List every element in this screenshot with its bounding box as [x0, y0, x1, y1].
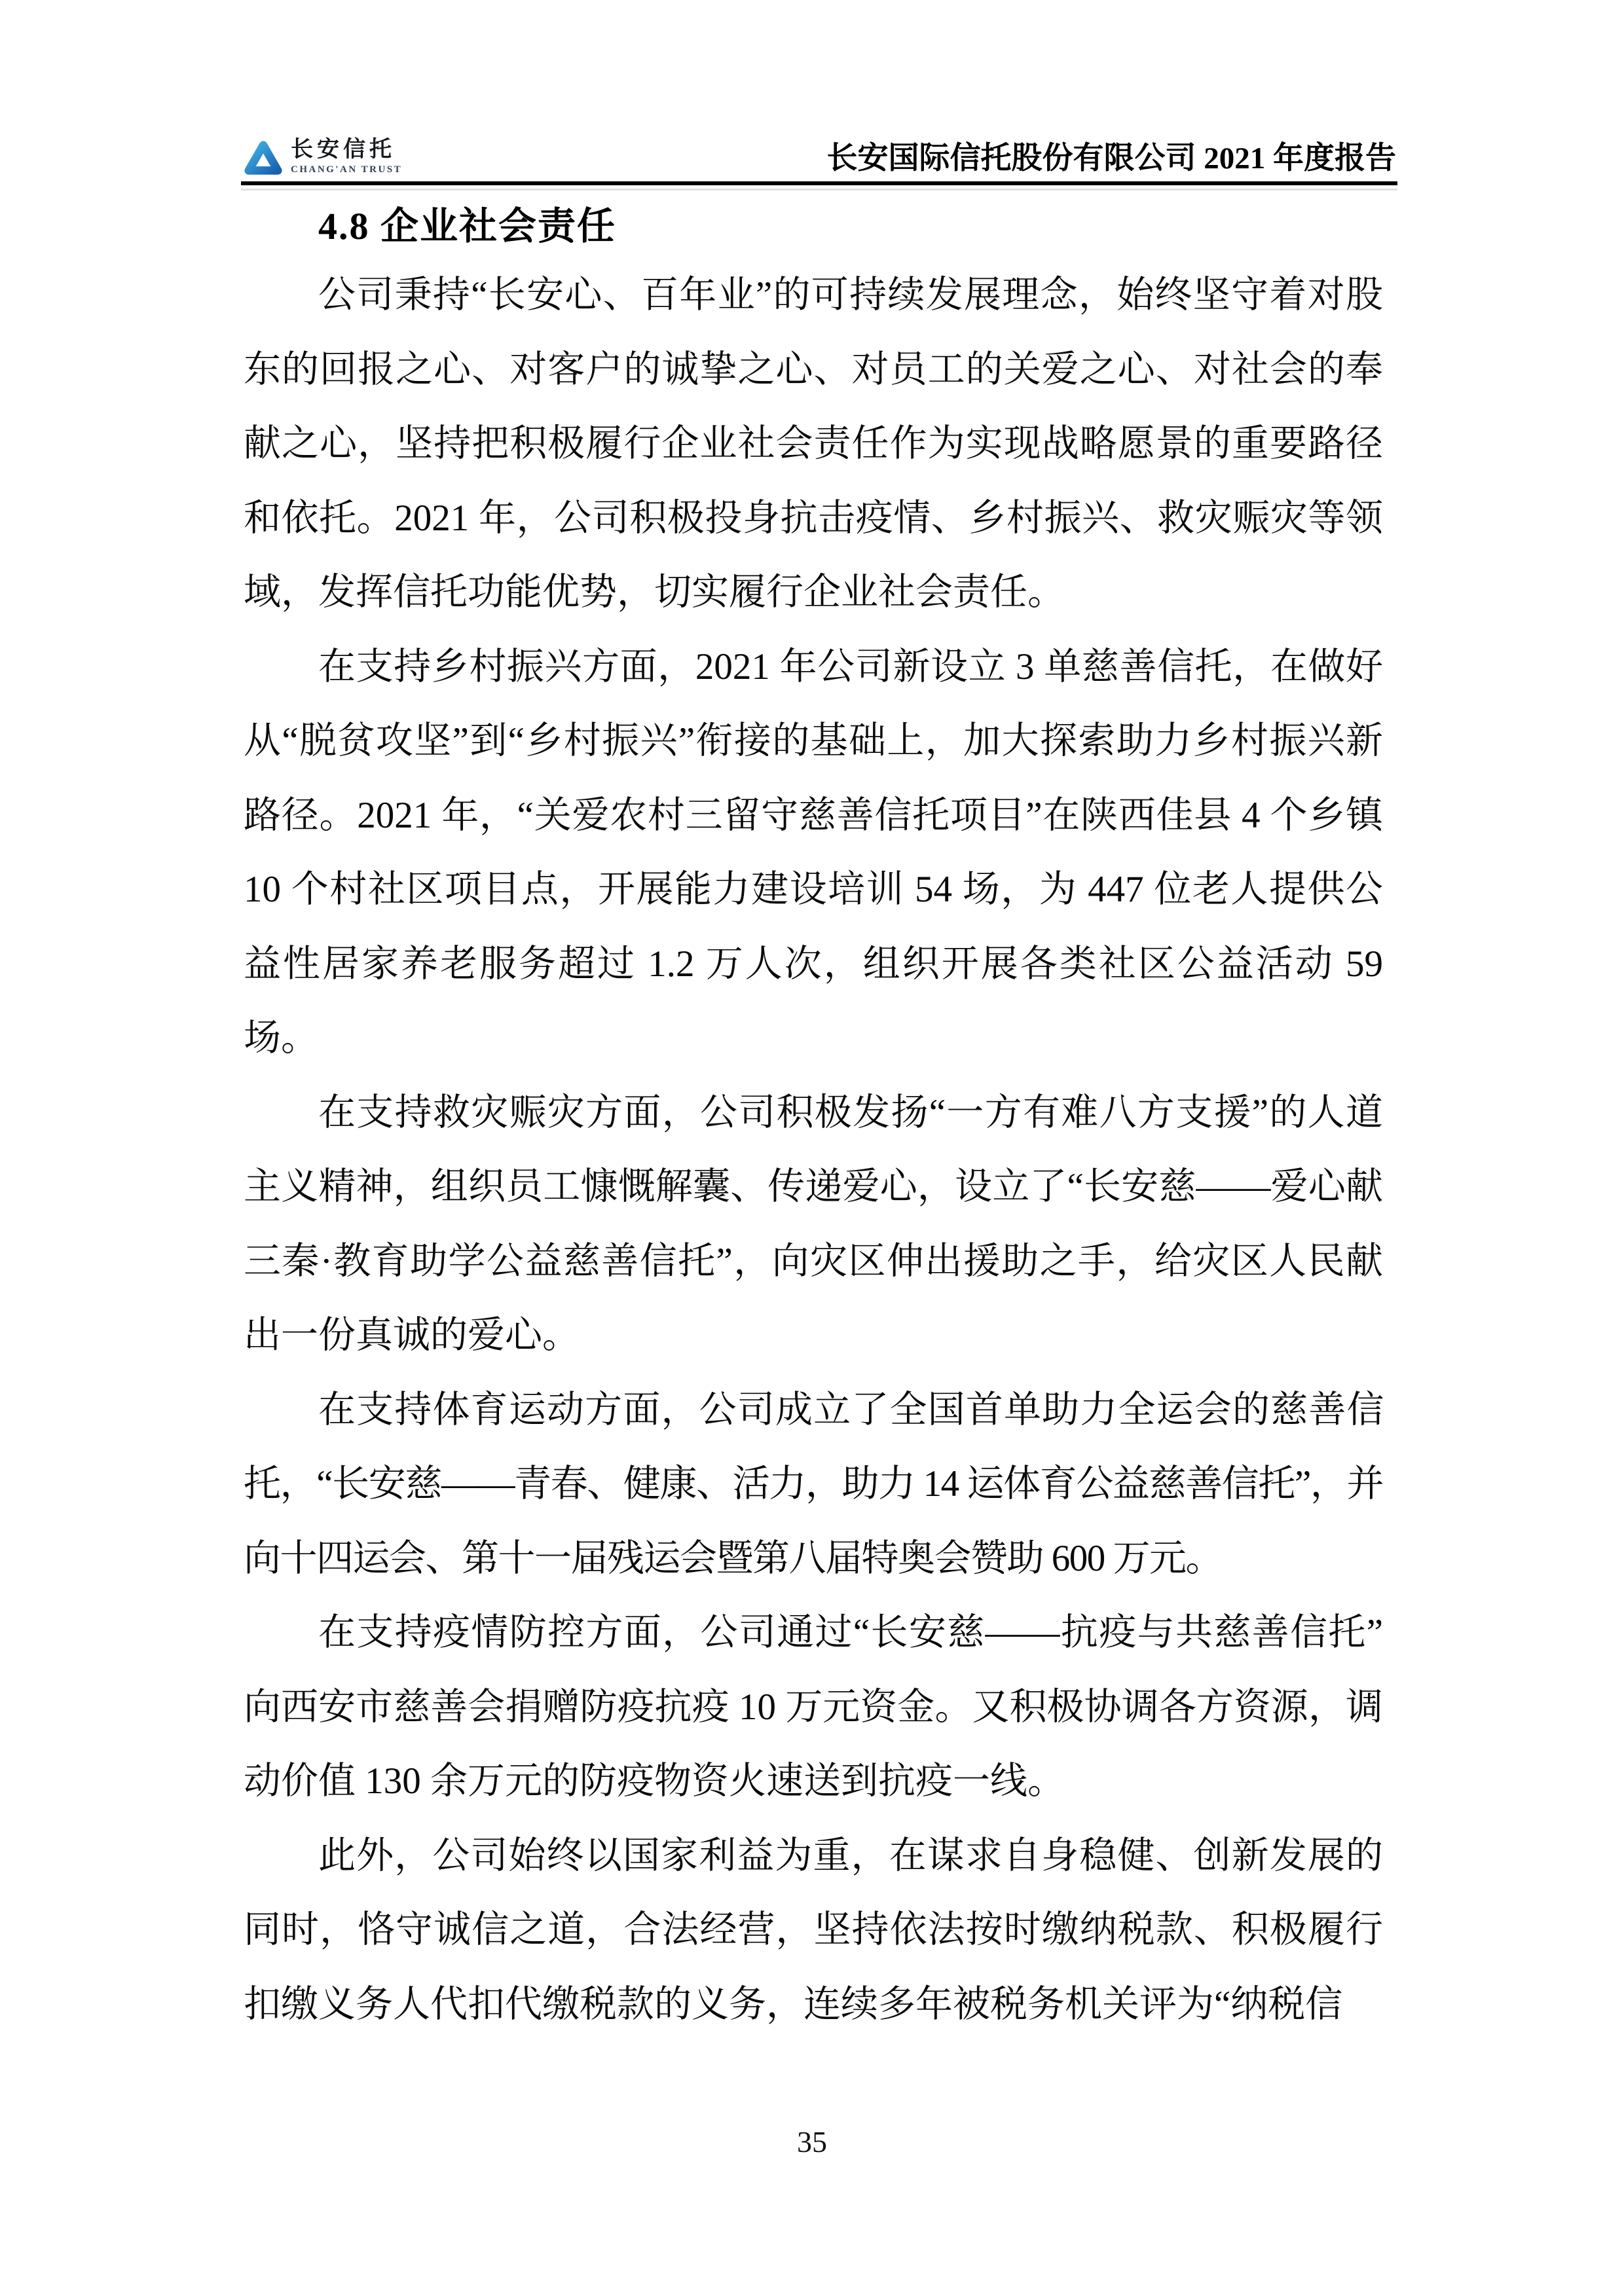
header-divider-line — [241, 181, 1397, 185]
paragraph-disaster-relief: 在支持救灾赈灾方面，公司积极发扬“一方有难八方支援”的人道主义精神，组织员工慷慨… — [244, 1076, 1383, 1373]
paragraph-tax-compliance: 此外，公司始终以国家利益为重，在谋求自身稳健、创新发展的同时，恪守诚信之道，合法… — [244, 1819, 1383, 2042]
report-title: 长安国际信托股份有限公司 2021 年度报告 — [827, 141, 1397, 175]
logo-text: 长安信托 CHANG'AN TRUST — [291, 137, 402, 175]
report-page: 长安信托 CHANG'AN TRUST 长安国际信托股份有限公司 2021 年度… — [0, 0, 1624, 2296]
section-heading: 4.8 企业社会责任 — [318, 195, 1383, 258]
paragraph-csr-overview: 公司秉持“长安心、百年业”的可持续发展理念，始终坚守着对股东的回报之心、对客户的… — [244, 258, 1383, 630]
logo-triangle-icon — [244, 140, 283, 179]
paragraph-sports-support: 在支持体育运动方面，公司成立了全国首单助力全运会的慈善信托，“长安慈——青春、健… — [244, 1373, 1383, 1596]
company-logo: 长安信托 CHANG'AN TRUST — [244, 137, 402, 179]
logo-name-zh: 长安信托 — [291, 137, 402, 162]
paragraph-rural-revitalization: 在支持乡村振兴方面，2021 年公司新设立 3 单慈善信托，在做好从“脱贫攻坚”… — [244, 630, 1383, 1076]
header-divider-shadow — [241, 189, 1397, 191]
page-footer: 35 — [0, 2124, 1624, 2160]
logo-name-en: CHANG'AN TRUST — [291, 164, 402, 175]
page-header: 长安信托 CHANG'AN TRUST 长安国际信托股份有限公司 2021 年度… — [244, 137, 1396, 179]
document-body: 4.8 企业社会责任 公司秉持“长安心、百年业”的可持续发展理念，始终坚守着对股… — [244, 195, 1383, 2041]
paragraph-pandemic-control: 在支持疫情防控方面，公司通过“长安慈——抗疫与共慈善信托”向西安市慈善会捐赠防疫… — [244, 1595, 1383, 1819]
page-number: 35 — [797, 2125, 827, 2159]
